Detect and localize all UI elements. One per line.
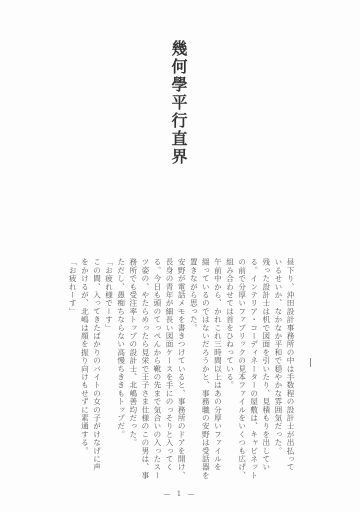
text-column: 務所でも受注率トップの設計士、北嶋善均だった。 (127, 258, 139, 480)
text-column: の前で分厚いファブリックの見本ファイルをいくつも広げ、 (236, 258, 248, 480)
text-column: 「お疲れ様でーす」 (103, 258, 115, 480)
page-title: 幾何學平行直界 (170, 40, 186, 166)
text-column: ただし、愚痴ちならない高慢ちききもトップだ。 (115, 258, 127, 480)
text-column: 午前中から、かれこれ三時間以上はあの分厚いファイルを (211, 258, 223, 480)
text-column: いるせいか、なかなか平和で穏やかな雰囲気だった。 (272, 258, 284, 480)
text-column: る。インテリア・コーディネーターの屋敷は、キャビネット (248, 258, 260, 480)
text-column: 残った設計士は机で図面を引いたり、見積もりを出してい (260, 258, 272, 480)
chapter-marker (310, 358, 311, 367)
text-column: ツ姿の、やたらめったら見栄で王子さま仕様のこの男は、事 (139, 258, 151, 480)
text-column: 「お疲れーす」 (66, 258, 78, 480)
text-column: る。今日も頭のてっぺんから靴の先まで気合いの入ったスー (151, 258, 163, 480)
text-column: 組み合わせては首をひねっている。 (223, 258, 235, 480)
body-text: 昼下り、沖田設計事務所の中は手数程の設計士が出払って いるせいか、なかなか平和で… (66, 258, 296, 480)
text-column: この間、入ってきたばかりのバイトの女の子がけなげに声 (90, 258, 102, 480)
document-page: 幾何學平行直界 昼下り、沖田設計事務所の中は手数程の設計士が出払って いるせいか… (0, 0, 360, 512)
text-column: 綴っているのではないだろうかと、事務職の安野は受話器を (199, 258, 211, 480)
text-column: をかけるが、北嶋は顔を振り向けもせずに素通する。 (78, 258, 90, 480)
text-column: 置きながら思った。 (187, 258, 199, 480)
text-column: 長身の青年が細長い図面ケースを手にのっそりと入ってく (163, 258, 175, 480)
text-column: 安野が電話メモを書きつけていると、事務所のドアを開け、 (175, 258, 187, 480)
text-column: 昼下り、沖田設計事務所の中は手数程の設計士が出払って (284, 258, 296, 480)
page-number: — 1 — (0, 490, 360, 498)
